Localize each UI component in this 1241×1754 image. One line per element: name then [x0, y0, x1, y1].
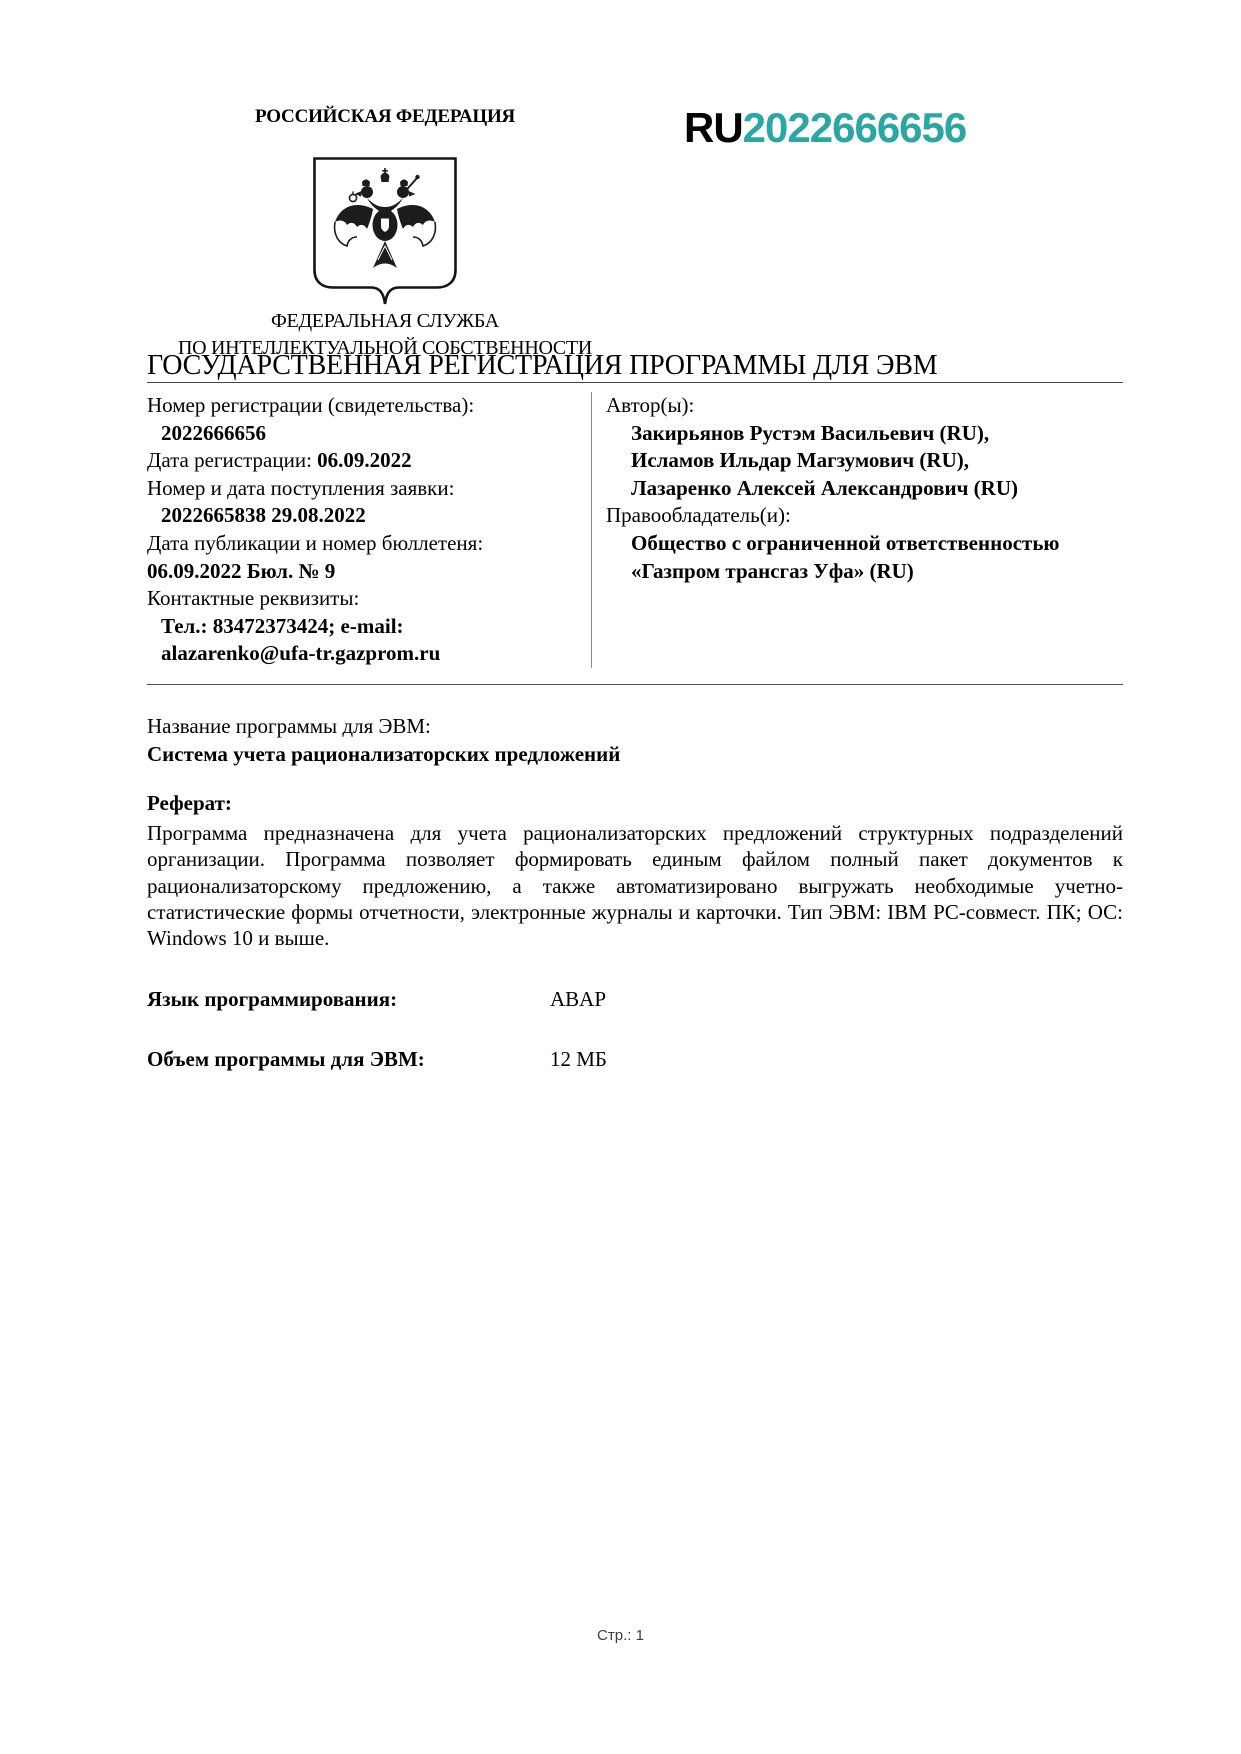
russia-coat-of-arms-icon — [312, 156, 458, 318]
certificate-page: РОССИЙСКАЯ ФЕДЕРАЦИЯ RU2022666656 — [0, 0, 1241, 1754]
registration-date-value: 06.09.2022 — [317, 448, 412, 472]
contacts-value-line2: alazarenko@ufa-tr.gazprom.ru — [147, 640, 591, 668]
abstract-text: Программа предназначена для учета рацион… — [147, 820, 1123, 952]
size-value: 12 МБ — [550, 1047, 607, 1071]
publication-label: Дата публикации и номер бюллетеня: — [147, 530, 591, 558]
page-number: Стр.: 1 — [0, 1627, 1241, 1644]
contacts-label: Контактные реквизиты: — [147, 585, 591, 613]
program-name-value: Система учета рационализаторских предлож… — [147, 741, 1123, 769]
contacts-value-line1: Тел.: 83472373424; e-mail: — [147, 613, 591, 641]
double-headed-eagle — [335, 168, 436, 268]
registration-date-row: Дата регистрации: 06.09.2022 — [147, 447, 591, 475]
author-name: Закирьянов Рустэм Васильевич (RU), — [606, 420, 1123, 448]
size-label: Объем программы для ЭВМ: — [147, 1046, 550, 1074]
rightsholder-line1: Общество с ограниченной ответственностью — [606, 530, 1123, 558]
registration-number-value: 2022666656 — [147, 420, 591, 448]
registration-code-prefix: RU — [684, 104, 743, 151]
registration-code-number: 2022666656 — [743, 104, 967, 151]
size-row: Объем программы для ЭВМ:12 МБ — [147, 1046, 1123, 1074]
author-name: Лазаренко Алексей Александрович (RU) — [606, 475, 1123, 503]
registration-number-label: Номер регистрации (свидетельства): — [147, 392, 591, 420]
publication-value: 06.09.2022 Бюл. № 9 — [147, 558, 591, 586]
document-title: ГОСУДАРСТВЕННАЯ РЕГИСТРАЦИЯ ПРОГРАММЫ ДЛ… — [147, 349, 1123, 382]
application-label: Номер и дата поступления заявки: — [147, 475, 591, 503]
registration-details-left-column: Номер регистрации (свидетельства): 20226… — [147, 392, 591, 668]
application-value: 2022665838 29.08.2022 — [147, 502, 591, 530]
agency-line1: ФЕДЕРАЛЬНАЯ СЛУЖБА — [125, 308, 645, 335]
author-name: Исламов Ильдар Магзумович (RU), — [606, 447, 1123, 475]
registration-code: RU2022666656 — [684, 104, 966, 152]
program-name-label: Название программы для ЭВМ: — [147, 713, 1123, 741]
language-value: ABAP — [550, 987, 606, 1011]
main-content: ГОСУДАРСТВЕННАЯ РЕГИСТРАЦИЯ ПРОГРАММЫ ДЛ… — [147, 349, 1123, 1074]
registration-details-right-column: Автор(ы): Закирьянов Рустэм Васильевич (… — [591, 392, 1123, 668]
authors-label: Автор(ы): — [606, 392, 1123, 420]
registration-details-table: Номер регистрации (свидетельства): 20226… — [147, 382, 1123, 685]
rightsholder-line2: «Газпром трансгаз Уфа» (RU) — [606, 558, 1123, 586]
language-label: Язык программирования: — [147, 986, 550, 1014]
language-row: Язык программирования:ABAP — [147, 986, 1123, 1014]
rightsholder-label: Правообладатель(и): — [606, 502, 1123, 530]
registration-date-label: Дата регистрации: — [147, 448, 312, 472]
abstract-label: Реферат: — [147, 790, 1123, 818]
country-title: РОССИЙСКАЯ ФЕДЕРАЦИЯ — [205, 106, 565, 128]
